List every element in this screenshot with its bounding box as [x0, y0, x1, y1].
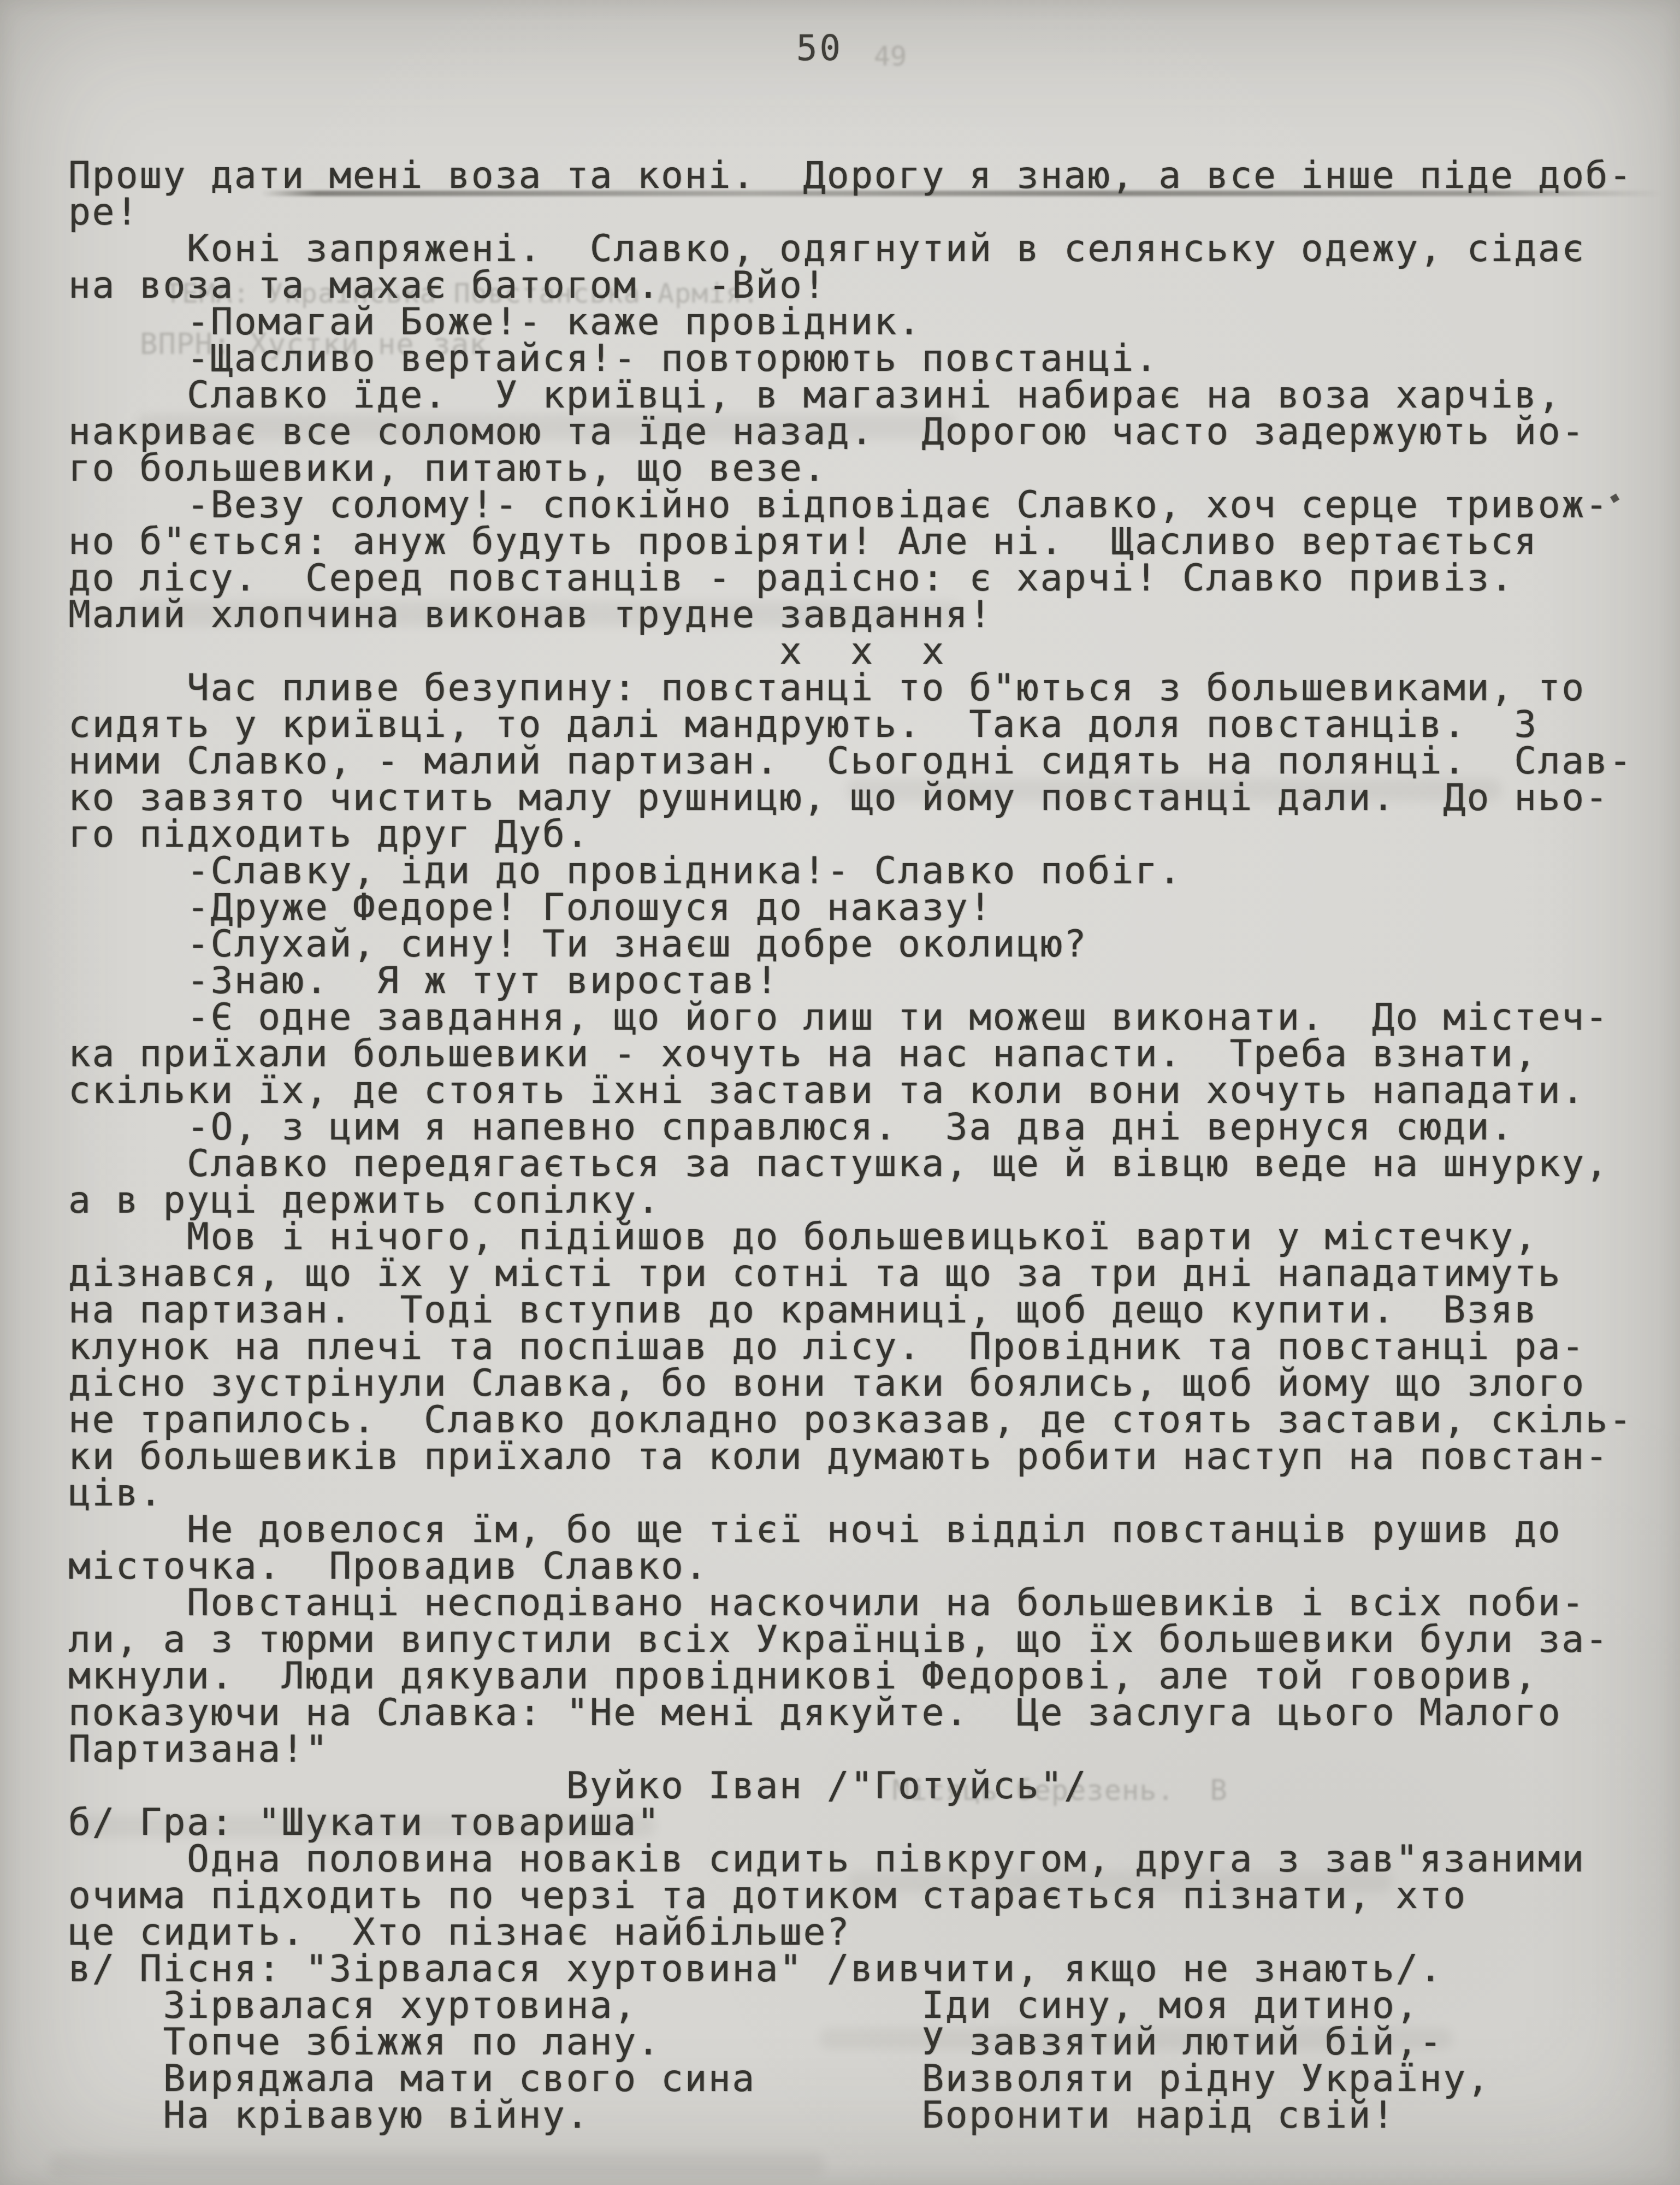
ghost-page-number: 49	[874, 40, 907, 72]
bleedthrough-smudge	[49, 2153, 825, 2176]
page-number: 50	[796, 28, 843, 69]
scanned-typewritten-page: ТЕМА: Українська Повстанська Армія. ВПРН…	[0, 0, 1680, 2185]
typewritten-body-text: Прошу дати мені воза та коні. Дорогу я з…	[68, 157, 1632, 2134]
